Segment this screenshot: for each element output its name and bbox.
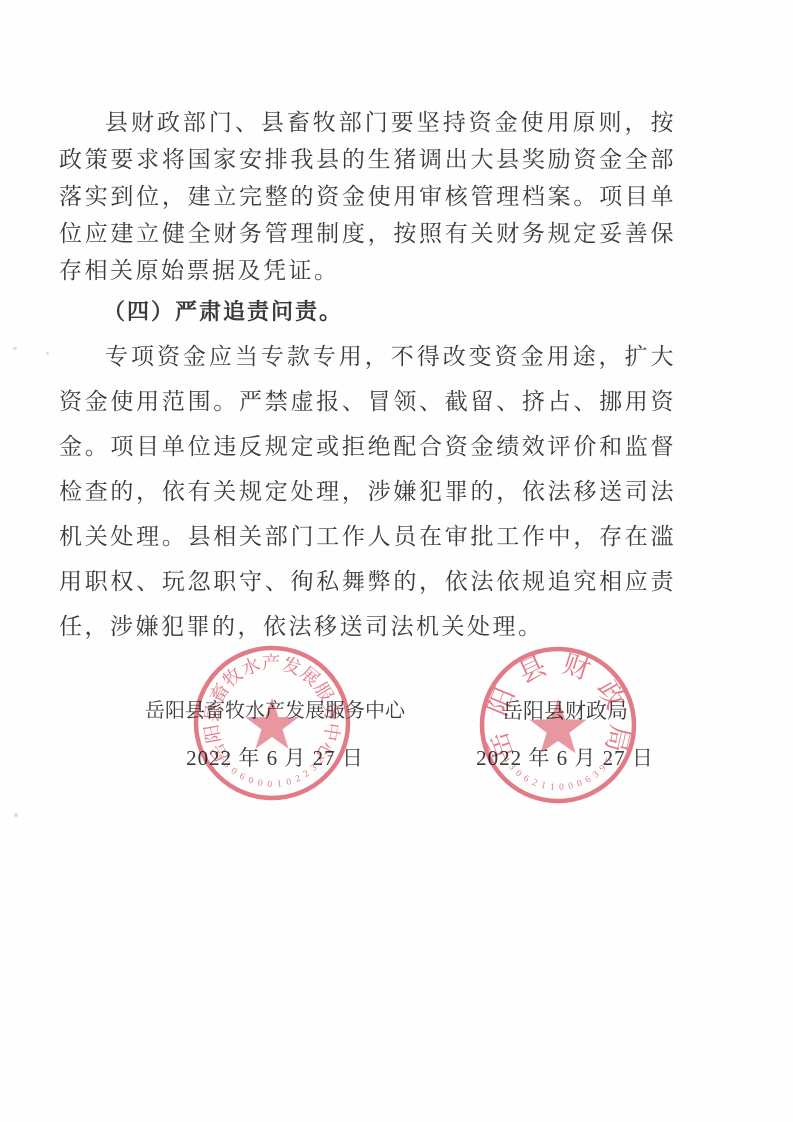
- document-body: 县财政部门、县畜牧部门要坚持资金使用原则，按政策要求将国家安排我县的生猪调出大县…: [59, 104, 676, 649]
- scan-speck: [46, 352, 49, 355]
- star-icon: [530, 699, 587, 753]
- official-seal-finance: 岳阳县财政局 43062110006395: [478, 645, 638, 805]
- body-paragraph-1: 县财政部门、县畜牧部门要坚持资金使用原则，按政策要求将国家安排我县的生猪调出大县…: [59, 104, 676, 289]
- scan-speck: [14, 813, 18, 817]
- star-icon: [245, 698, 298, 749]
- body-paragraph-2: 专项资金应当专款专用，不得改变资金用途，扩大资金使用范围。严禁虚报、冒领、截留、…: [59, 334, 676, 649]
- official-seal-husbandry: 岳阳县畜牧水产发展服务中心 4306000102232: [192, 642, 352, 804]
- section-heading: （四）严肃追责问责。: [59, 289, 676, 334]
- scan-speck: [13, 347, 17, 350]
- document-page: 县财政部门、县畜牧部门要坚持资金使用原则，按政策要求将国家安排我县的生猪调出大县…: [0, 0, 793, 1122]
